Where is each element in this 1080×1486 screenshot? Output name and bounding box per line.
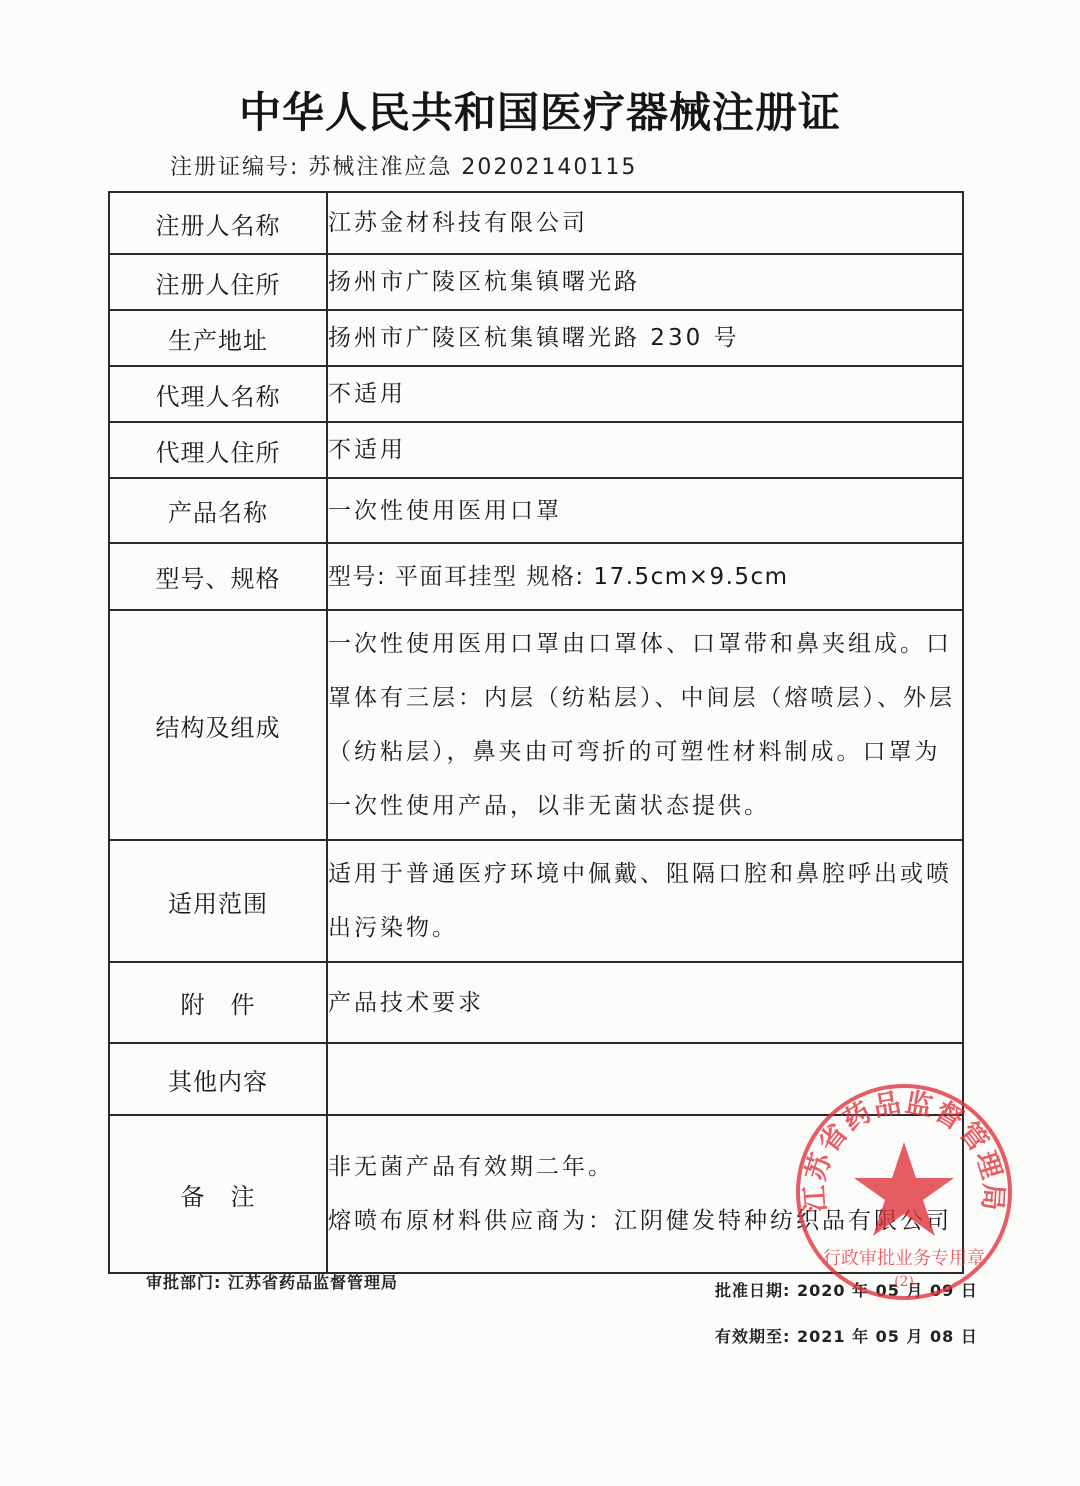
row-value: 不适用 — [327, 366, 963, 422]
row-label: 注册人名称 — [109, 192, 327, 254]
table-row: 适用范围 适用于普通医疗环境中佩戴、阻隔口腔和鼻腔呼出或喷出污染物。 — [109, 840, 963, 962]
row-label: 生产地址 — [109, 310, 327, 366]
row-label: 代理人住所 — [109, 422, 327, 478]
row-value: 一次性使用医用口罩 — [327, 478, 963, 543]
approval-department: 审批部门: 江苏省药品监督管理局 — [146, 1270, 398, 1293]
table-row: 注册人住所 扬州市广陵区杭集镇曙光路 — [109, 254, 963, 310]
svg-text:行政审批业务专用章: 行政审批业务专用章 — [823, 1248, 985, 1269]
table-row: 结构及组成 一次性使用医用口罩由口罩体、口罩带和鼻夹组成。口罩体有三层：内层（纺… — [109, 610, 963, 840]
row-value: 江苏金材科技有限公司 — [327, 192, 963, 254]
table-row: 注册人名称 江苏金材科技有限公司 — [109, 192, 963, 254]
row-label: 附 件 — [109, 962, 327, 1043]
table-row: 附 件 产品技术要求 — [109, 962, 963, 1043]
row-value: 扬州市广陵区杭集镇曙光路 — [327, 254, 963, 310]
registration-number-value: 苏械注准应急 20202140115 — [308, 155, 637, 180]
row-label: 备 注 — [109, 1115, 327, 1273]
registration-number-label: 注册证编号: — [170, 155, 299, 180]
table-row: 代理人名称 不适用 — [109, 366, 963, 422]
row-value: 适用于普通医疗环境中佩戴、阻隔口腔和鼻腔呼出或喷出污染物。 — [327, 840, 963, 962]
row-value: 不适用 — [327, 422, 963, 478]
document-title: 中华人民共和国医疗器械注册证 — [0, 80, 1080, 140]
row-value: 扬州市广陵区杭集镇曙光路 230 号 — [327, 310, 963, 366]
table-row: 型号、规格 型号: 平面耳挂型 规格: 17.5cm×9.5cm — [109, 543, 963, 610]
row-value: 产品技术要求 — [327, 962, 963, 1043]
row-value: 一次性使用医用口罩由口罩体、口罩带和鼻夹组成。口罩体有三层：内层（纺粘层）、中间… — [327, 610, 963, 840]
row-value: 型号: 平面耳挂型 规格: 17.5cm×9.5cm — [327, 543, 963, 610]
table-row: 生产地址 扬州市广陵区杭集镇曙光路 230 号 — [109, 310, 963, 366]
row-label: 注册人住所 — [109, 254, 327, 310]
official-seal-icon: 江苏省药品监督管理局 行政审批业务专用章 (2) — [792, 1080, 1016, 1304]
row-label: 适用范围 — [109, 840, 327, 962]
svg-text:(2): (2) — [894, 1274, 914, 1290]
registration-number: 注册证编号: 苏械注准应急 20202140115 — [170, 150, 637, 181]
row-label: 型号、规格 — [109, 543, 327, 610]
table-row: 代理人住所 不适用 — [109, 422, 963, 478]
row-label: 代理人名称 — [109, 366, 327, 422]
table-row: 产品名称 一次性使用医用口罩 — [109, 478, 963, 543]
row-label: 其他内容 — [109, 1043, 327, 1115]
row-label: 产品名称 — [109, 478, 327, 543]
valid-until: 有效期至: 2021 年 05 月 08 日 — [715, 1324, 978, 1347]
row-label: 结构及组成 — [109, 610, 327, 840]
